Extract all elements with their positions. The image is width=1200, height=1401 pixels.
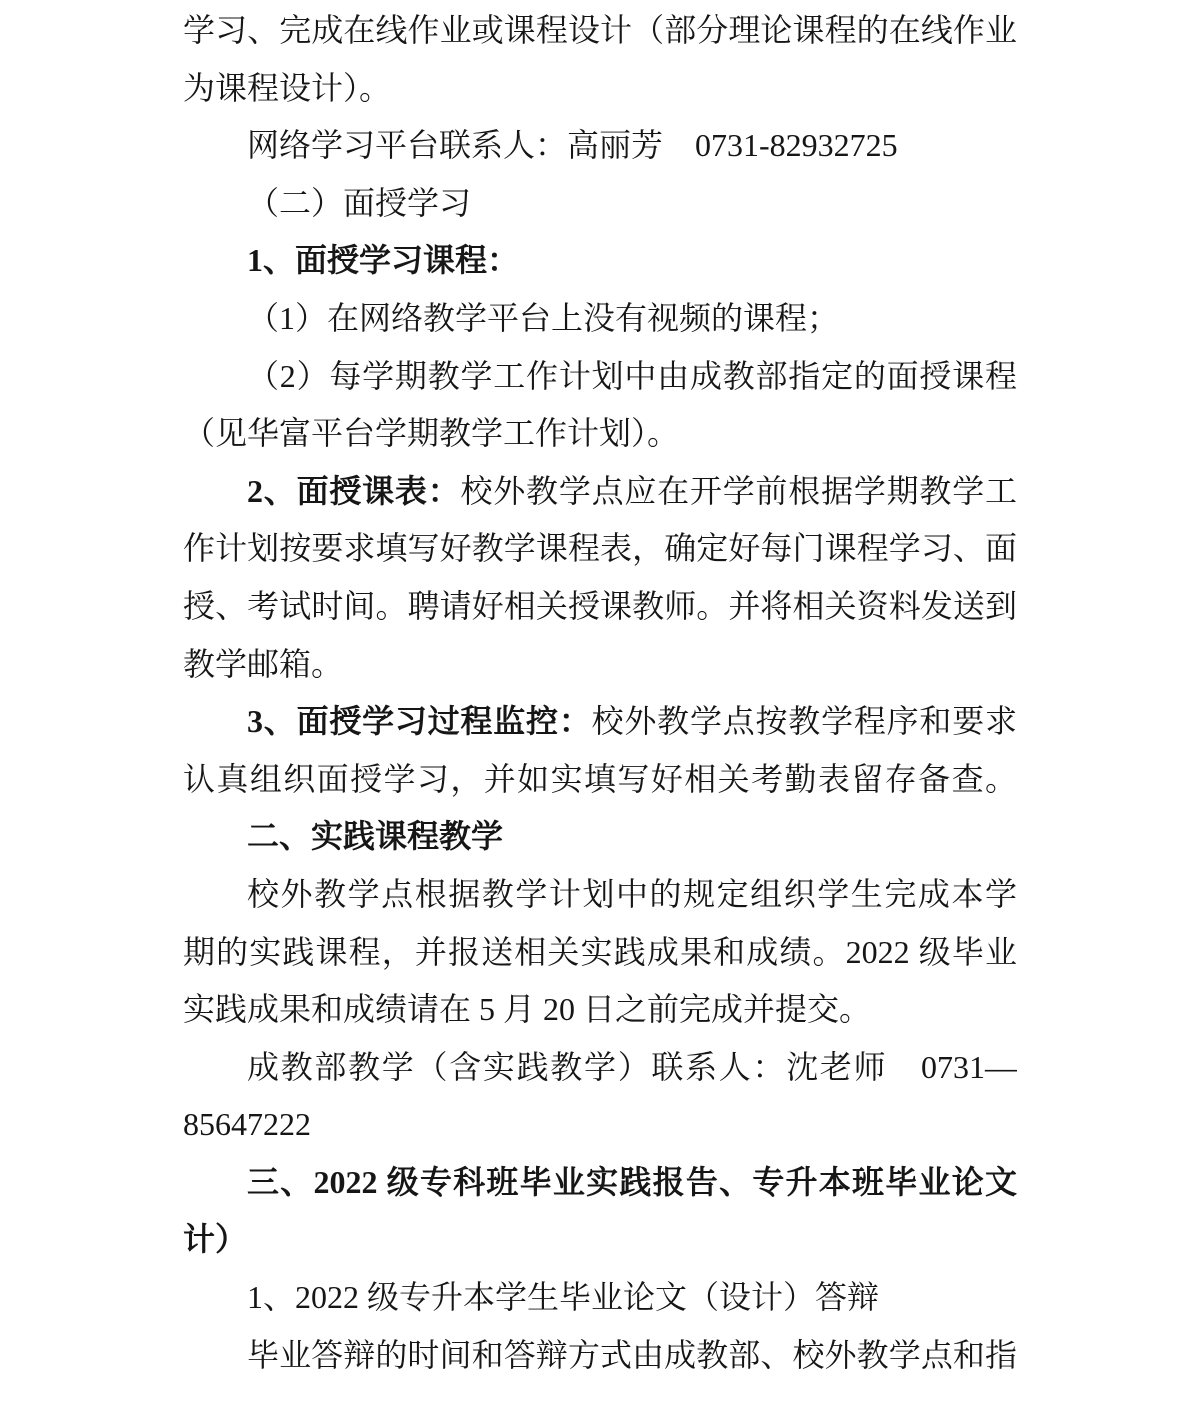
text-line: 2、面授课表：校外教学点应在开学前根据学期教学工: [183, 463, 1017, 521]
text-line: 期的实践课程，并报送相关实践成果和成绩。2022 级毕业班: [183, 924, 1017, 982]
text-line: （二）面授学习: [183, 175, 1017, 233]
text-line: 1、2022 级专升本学生毕业论文（设计）答辩: [183, 1269, 1017, 1327]
text-line: 三、2022 级专科班毕业实践报告、专升本班毕业论文（设: [183, 1154, 1017, 1212]
text-line: 作计划按要求填写好教学课程表，确定好每门课程学习、面: [183, 520, 1017, 578]
text-line: 3、面授学习过程监控：校外教学点按教学程序和要求: [183, 693, 1017, 751]
text-line: （2）每学期教学工作计划中由成教部指定的面授课程: [183, 348, 1017, 406]
text-line: 1、面授学习课程：: [183, 232, 1017, 290]
text-line: 85647222: [183, 1096, 1017, 1154]
line-text: 85647222: [183, 1106, 311, 1142]
text-line: 毕业答辩的时间和答辩方式由成教部、校外教学点和指: [183, 1327, 1017, 1385]
line-text: 三、2022 级专科班毕业实践报告、专升本班毕业论文（设: [183, 1164, 1017, 1212]
line-text: 校外教学点根据教学计划中的规定组织学生完成本学: [247, 876, 1017, 912]
line-text: 1、面授学习课程：: [247, 242, 519, 278]
line-text: 学习、完成在线作业或课程设计（部分理论课程的在线作业: [183, 12, 1017, 48]
document-body: 学习、完成在线作业或课程设计（部分理论课程的在线作业为课程设计）。网络学习平台联…: [183, 2, 1017, 1384]
line-text: 校外教学点应在开学前根据学期教学工: [460, 473, 1017, 509]
text-line: 校外教学点根据教学计划中的规定组织学生完成本学: [183, 866, 1017, 924]
line-text: （二）面授学习: [247, 185, 471, 221]
line-text: （1）在网络教学平台上没有视频的课程；: [247, 300, 839, 336]
line-text: 计）: [183, 1221, 247, 1257]
line-text: （见华富平台学期教学工作计划）。: [183, 415, 679, 451]
line-text: 教学邮箱。: [183, 646, 343, 682]
text-line: 为课程设计）。: [183, 60, 1017, 118]
line-text: 网络学习平台联系人：高丽芳 0731-82932725: [247, 127, 898, 163]
text-line: 教学邮箱。: [183, 636, 1017, 694]
line-text: 二、实践课程教学: [247, 818, 503, 854]
line-text: 作计划按要求填写好教学课程表，确定好每门课程学习、面: [183, 530, 1017, 566]
line-text: 为课程设计）。: [183, 70, 391, 106]
text-line: 实践成果和成绩请在 5 月 20 日之前完成并提交。: [183, 981, 1017, 1039]
bold-lead: 3、面授学习过程监控：: [247, 703, 592, 739]
line-text: （2）每学期教学工作计划中由成教部指定的面授课程: [247, 358, 1017, 394]
line-text: 1、2022 级专升本学生毕业论文（设计）答辩: [247, 1279, 879, 1315]
document-page: 学习、完成在线作业或课程设计（部分理论课程的在线作业为课程设计）。网络学习平台联…: [0, 0, 1200, 1401]
text-line: 成教部教学（含实践教学）联系人：沈老师 0731—: [183, 1039, 1017, 1097]
text-line: 认真组织面授学习，并如实填写好相关考勤表留存备查。: [183, 751, 1017, 809]
line-text: 成教部教学（含实践教学）联系人：沈老师 0731—: [247, 1049, 1017, 1085]
text-line: 二、实践课程教学: [183, 808, 1017, 866]
bold-lead: 2、面授课表：: [247, 473, 460, 509]
text-line: 网络学习平台联系人：高丽芳 0731-82932725: [183, 117, 1017, 175]
text-line: （见华富平台学期教学工作计划）。: [183, 405, 1017, 463]
line-text: 实践成果和成绩请在 5 月 20 日之前完成并提交。: [183, 991, 871, 1027]
line-text: 期的实践课程，并报送相关实践成果和成绩。2022 级毕业班: [183, 934, 1017, 982]
line-text: 毕业答辩的时间和答辩方式由成教部、校外教学点和指: [247, 1337, 1017, 1373]
text-line: （1）在网络教学平台上没有视频的课程；: [183, 290, 1017, 348]
line-text: 校外教学点按教学程序和要求: [592, 703, 1017, 739]
line-text: 认真组织面授学习，并如实填写好相关考勤表留存备查。: [183, 761, 1017, 797]
text-line: 计）: [183, 1211, 1017, 1269]
line-text: 授、考试时间。聘请好相关授课教师。并将相关资料发送到: [183, 588, 1017, 624]
text-line: 学习、完成在线作业或课程设计（部分理论课程的在线作业: [183, 2, 1017, 60]
text-line: 授、考试时间。聘请好相关授课教师。并将相关资料发送到: [183, 578, 1017, 636]
